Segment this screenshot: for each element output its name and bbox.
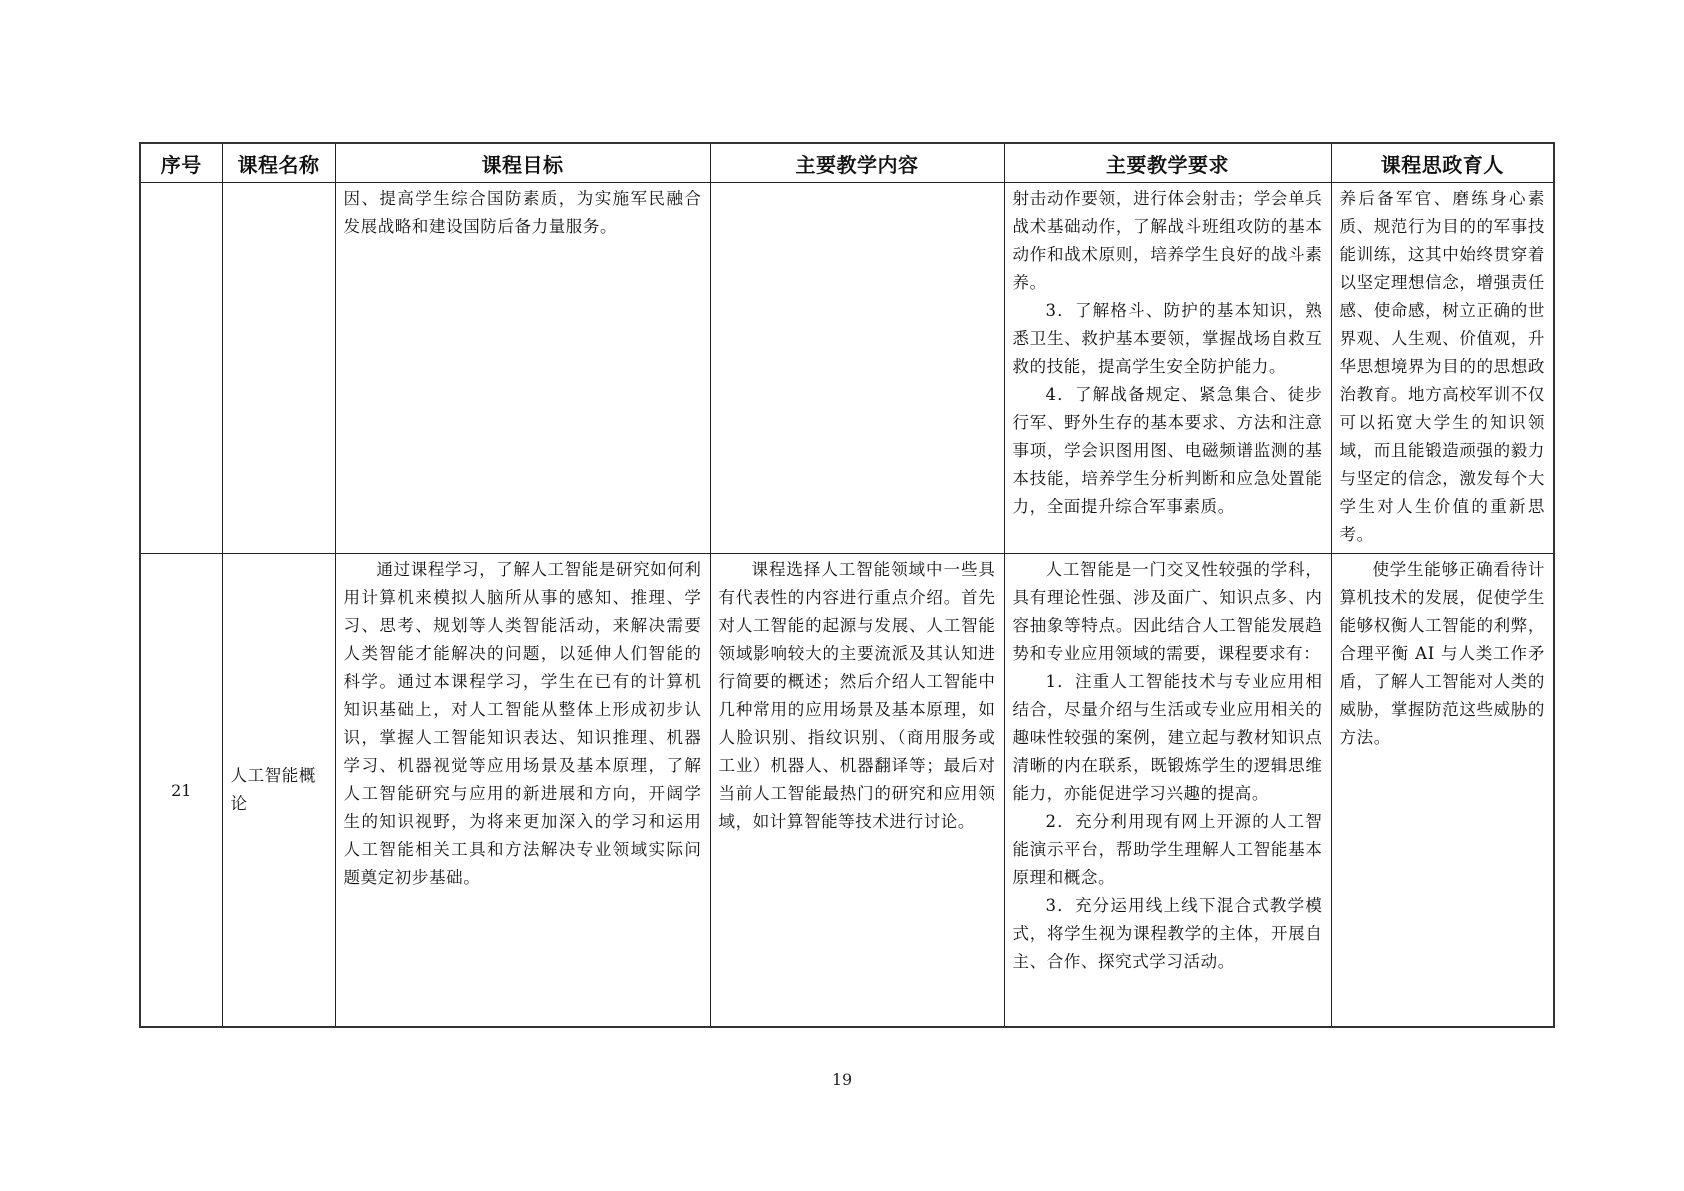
header-main-content: 主要教学内容 [710, 143, 1004, 183]
objectives-paragraph: 通过课程学习，了解人工智能是研究如何利用计算机来模拟人脑所从事的感知、推理、学习… [344, 556, 702, 892]
table-row: 因、提高学生综合国防素质，为实施军民融合发展战略和建设国防后备力量服务。 射击动… [140, 183, 1554, 554]
requirements-paragraph: 1．注重人工智能技术与专业应用相结合，尽量介绍与生活或专业应用相关的趣味性较强的… [1013, 668, 1323, 808]
cell-main-content [710, 183, 1004, 554]
cell-course-objectives: 通过课程学习，了解人工智能是研究如何利用计算机来模拟人脑所从事的感知、推理、学习… [335, 554, 710, 1028]
content-paragraph: 课程选择人工智能领域中一些具有代表性的内容进行重点介绍。首先对人工智能的起源与发… [719, 556, 996, 836]
cell-ideological-education: 使学生能够正确看待计算机技术的发展，促使学生能够权衡人工智能的利弊，合理平衡 A… [1331, 554, 1554, 1028]
table-header-row: 序号 课程名称 课程目标 主要教学内容 主要教学要求 课程思政育人 [140, 143, 1554, 183]
header-main-requirements: 主要教学要求 [1004, 143, 1331, 183]
cell-index: 21 [140, 554, 222, 1028]
cell-course-name: 人工智能概论 [222, 554, 335, 1028]
page-number: 19 [0, 1070, 1684, 1089]
header-ideological-education: 课程思政育人 [1331, 143, 1554, 183]
header-index: 序号 [140, 143, 222, 183]
cell-course-objectives: 因、提高学生综合国防素质，为实施军民融合发展战略和建设国防后备力量服务。 [335, 183, 710, 554]
cell-index [140, 183, 222, 554]
cell-main-content: 课程选择人工智能领域中一些具有代表性的内容进行重点介绍。首先对人工智能的起源与发… [710, 554, 1004, 1028]
cell-ideological-education: 养后备军官、磨练身心素质、规范行为目的的军事技能训练，这其中始终贯穿着以坚定理想… [1331, 183, 1554, 554]
header-course-name: 课程名称 [222, 143, 335, 183]
requirements-paragraph: 4．了解战备规定、紧急集合、徒步行军、野外生存的基本要求、方法和注意事项，学会识… [1013, 381, 1323, 521]
requirements-paragraph: 射击动作要领，进行体会射击；学会单兵战术基础动作，了解战斗班组攻防的基本动作和战… [1013, 185, 1323, 297]
requirements-paragraph: 2．充分利用现有网上开源的人工智能演示平台，帮助学生理解人工智能基本原理和概念。 [1013, 808, 1323, 892]
header-course-objectives: 课程目标 [335, 143, 710, 183]
cell-main-requirements: 人工智能是一门交叉性较强的学科，具有理论性强、涉及面广、知识点多、内容抽象等特点… [1004, 554, 1331, 1028]
table-row: 21 人工智能概论 通过课程学习，了解人工智能是研究如何利用计算机来模拟人脑所从… [140, 554, 1554, 1028]
document-page: 序号 课程名称 课程目标 主要教学内容 主要教学要求 课程思政育人 因、提高学生… [0, 0, 1684, 1191]
objectives-paragraph: 因、提高学生综合国防素质，为实施军民融合发展战略和建设国防后备力量服务。 [344, 185, 702, 241]
ideological-paragraph: 养后备军官、磨练身心素质、规范行为目的的军事技能训练，这其中始终贯穿着以坚定理想… [1340, 185, 1546, 549]
requirements-paragraph: 3．充分运用线上线下混合式教学模式，将学生视为课程教学的主体，开展自主、合作、探… [1013, 892, 1323, 976]
ideological-paragraph: 使学生能够正确看待计算机技术的发展，促使学生能够权衡人工智能的利弊，合理平衡 A… [1340, 556, 1546, 752]
cell-main-requirements: 射击动作要领，进行体会射击；学会单兵战术基础动作，了解战斗班组攻防的基本动作和战… [1004, 183, 1331, 554]
course-name-text: 人工智能概论 [223, 762, 335, 818]
cell-course-name [222, 183, 335, 554]
requirements-paragraph: 3．了解格斗、防护的基本知识，熟悉卫生、救护基本要领，掌握战场自救互救的技能，提… [1013, 297, 1323, 381]
requirements-paragraph: 人工智能是一门交叉性较强的学科，具有理论性强、涉及面广、知识点多、内容抽象等特点… [1013, 556, 1323, 668]
course-table: 序号 课程名称 课程目标 主要教学内容 主要教学要求 课程思政育人 因、提高学生… [139, 142, 1555, 1028]
